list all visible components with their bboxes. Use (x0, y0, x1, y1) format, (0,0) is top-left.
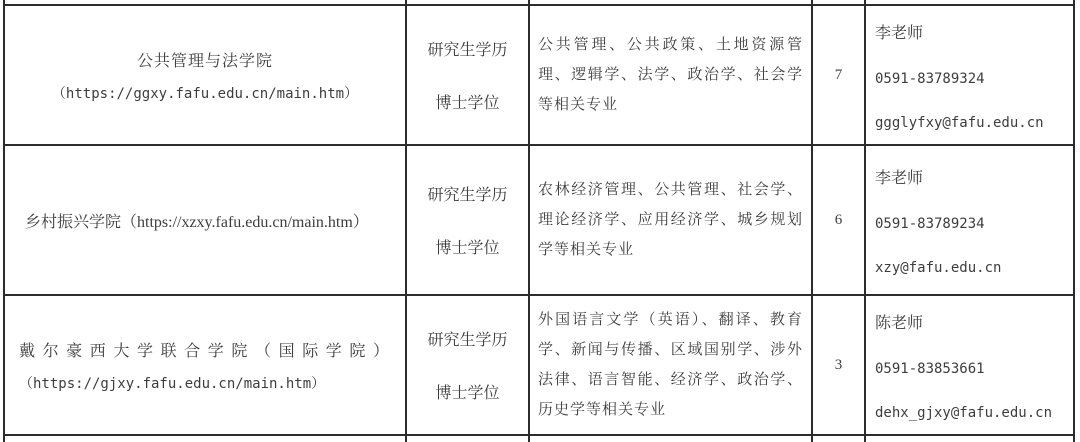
count-cell: 6 (813, 146, 866, 296)
education-degree-line: 研究生学历 (427, 182, 507, 205)
college-cell: 乡村振兴学院（https://xzxy.fafu.edu.cn/main.htm… (5, 146, 407, 296)
partial-row-cell (407, 436, 530, 442)
majors-text: 公共管理、公共政策、土地资源管理、逻辑学、法学、政治学、社会学等相关专业 (530, 30, 811, 120)
education-degree-line: 博士学位 (435, 90, 499, 113)
contact-phone: 0591-83853661 (875, 361, 1073, 377)
count-cell: 3 (813, 296, 866, 436)
college-cell: 公共管理与法学院 （https://ggxy.fafu.edu.cn/main.… (5, 6, 407, 146)
majors-cell: 农林经济管理、公共管理、社会学、理论经济学、应用经济学、城乡规划学等相关专业 (530, 146, 813, 296)
education-cell: 研究生学历 博士学位 (407, 146, 530, 296)
majors-text: 外国语言文学（英语）、翻译、教育学、新闻与传播、区域国别学、涉外法律、语言智能、… (530, 305, 811, 425)
contact-name: 陈老师 (875, 310, 1073, 333)
position-count: 7 (835, 67, 843, 84)
position-count: 3 (835, 357, 843, 374)
college-cell: 戴尔豪西大学联合学院（国际学院） （https://gjxy.fafu.edu.… (5, 296, 407, 436)
contact-email: xzy@fafu.edu.cn (875, 260, 1073, 276)
contact-name: 李老师 (875, 165, 1073, 188)
recruitment-table: 公共管理与法学院 （https://ggxy.fafu.edu.cn/main.… (3, 0, 1075, 442)
document-page: 公共管理与法学院 （https://ggxy.fafu.edu.cn/main.… (0, 0, 1080, 442)
education-degree-line: 博士学位 (435, 235, 499, 258)
majors-text: 农林经济管理、公共管理、社会学、理论经济学、应用经济学、城乡规划学等相关专业 (530, 175, 811, 265)
position-count: 6 (835, 212, 843, 229)
partial-row-cell (530, 436, 813, 442)
education-degree-line: 研究生学历 (427, 37, 507, 60)
count-cell: 7 (813, 6, 866, 146)
college-name: 乡村振兴学院（https://xzxy.fafu.edu.cn/main.htm… (25, 209, 369, 232)
contact-email: ggglyfxy@fafu.edu.cn (875, 115, 1073, 131)
college-name: 公共管理与法学院 (137, 48, 273, 71)
contact-name: 李老师 (875, 20, 1073, 43)
contact-cell: 李老师 0591-83789324 ggglyfxy@fafu.edu.cn (866, 6, 1073, 146)
contact-phone: 0591-83789324 (875, 71, 1073, 87)
majors-cell: 外国语言文学（英语）、翻译、教育学、新闻与传播、区域国别学、涉外法律、语言智能、… (530, 296, 813, 436)
college-name: 戴尔豪西大学联合学院（国际学院） (19, 338, 391, 361)
education-degree-line: 研究生学历 (427, 327, 507, 350)
partial-row-cell (5, 436, 407, 442)
partial-row-cell (813, 436, 866, 442)
education-degree-line: 博士学位 (435, 380, 499, 403)
majors-cell: 公共管理、公共政策、土地资源管理、逻辑学、法学、政治学、社会学等相关专业 (530, 6, 813, 146)
contact-cell: 陈老师 0591-83853661 dehx_gjxy@fafu.edu.cn (866, 296, 1073, 436)
education-cell: 研究生学历 博士学位 (407, 6, 530, 146)
contact-phone: 0591-83789234 (875, 216, 1073, 232)
partial-row-cell (866, 436, 1073, 442)
college-url: （https://ggxy.fafu.edu.cn/main.htm） (52, 83, 358, 103)
contact-email: dehx_gjxy@fafu.edu.cn (875, 405, 1073, 421)
education-cell: 研究生学历 博士学位 (407, 296, 530, 436)
college-url: （https://gjxy.fafu.edu.cn/main.htm） (19, 373, 391, 393)
contact-cell: 李老师 0591-83789234 xzy@fafu.edu.cn (866, 146, 1073, 296)
